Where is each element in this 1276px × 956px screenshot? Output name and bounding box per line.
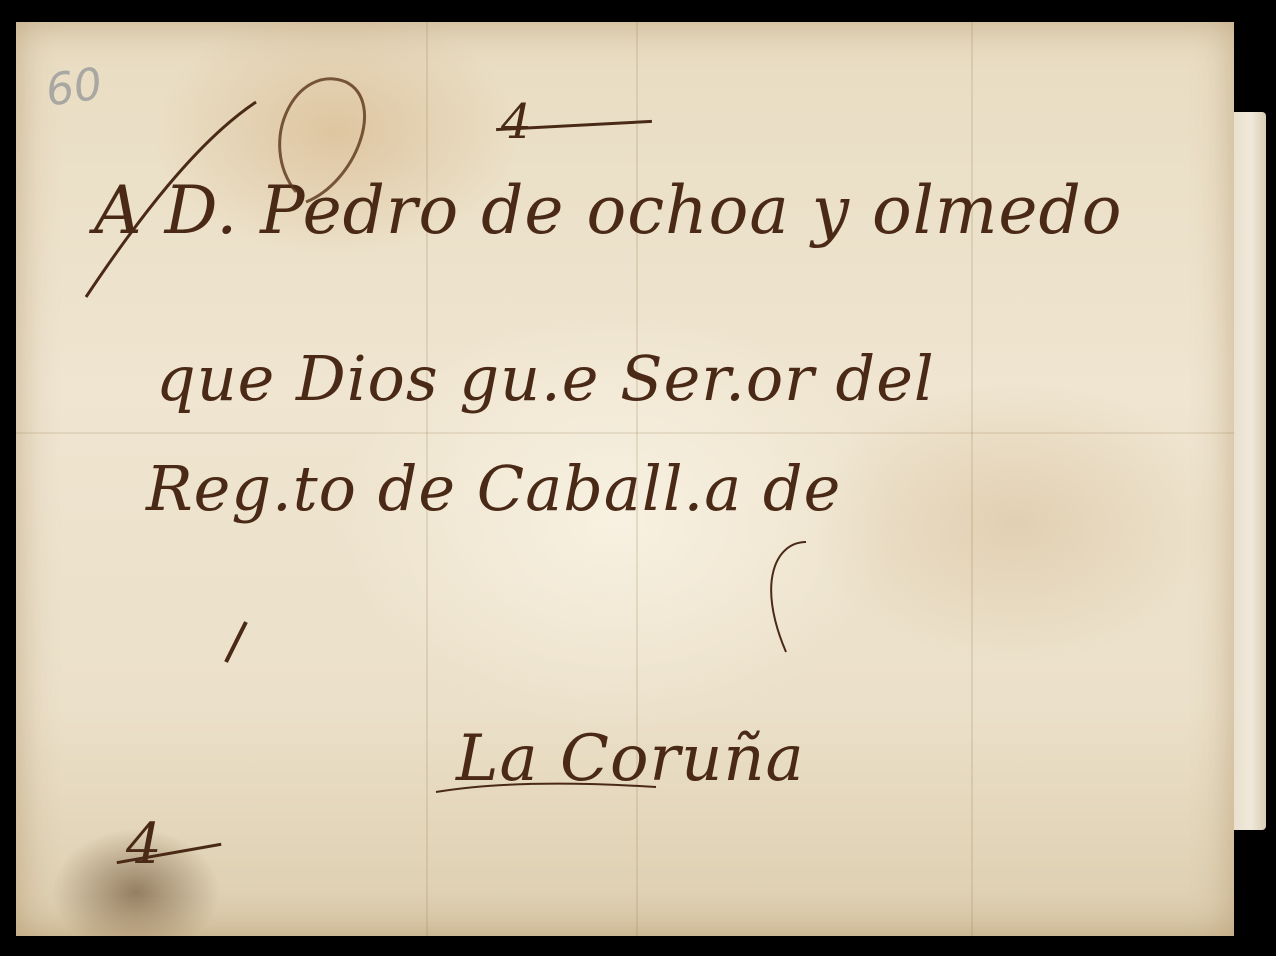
letter-sheet: 60 4 A D. Pedro de ochoa y olmedo que Di… <box>16 22 1234 936</box>
fold-line <box>971 22 973 936</box>
address-line-2: que Dios gu.e Ser.or del <box>156 342 935 415</box>
address-line-3: Reg.to de Caball.a de <box>146 452 841 525</box>
fold-line <box>16 432 1234 434</box>
address-line-1: A D. Pedro de ochoa y olmedo <box>94 172 1122 249</box>
rate-mark-bottom: 4 <box>126 812 162 877</box>
pencil-notation: 60 <box>43 58 106 116</box>
destination-line: La Coruña <box>456 722 805 796</box>
rate-mark-top: 4 <box>501 94 532 150</box>
